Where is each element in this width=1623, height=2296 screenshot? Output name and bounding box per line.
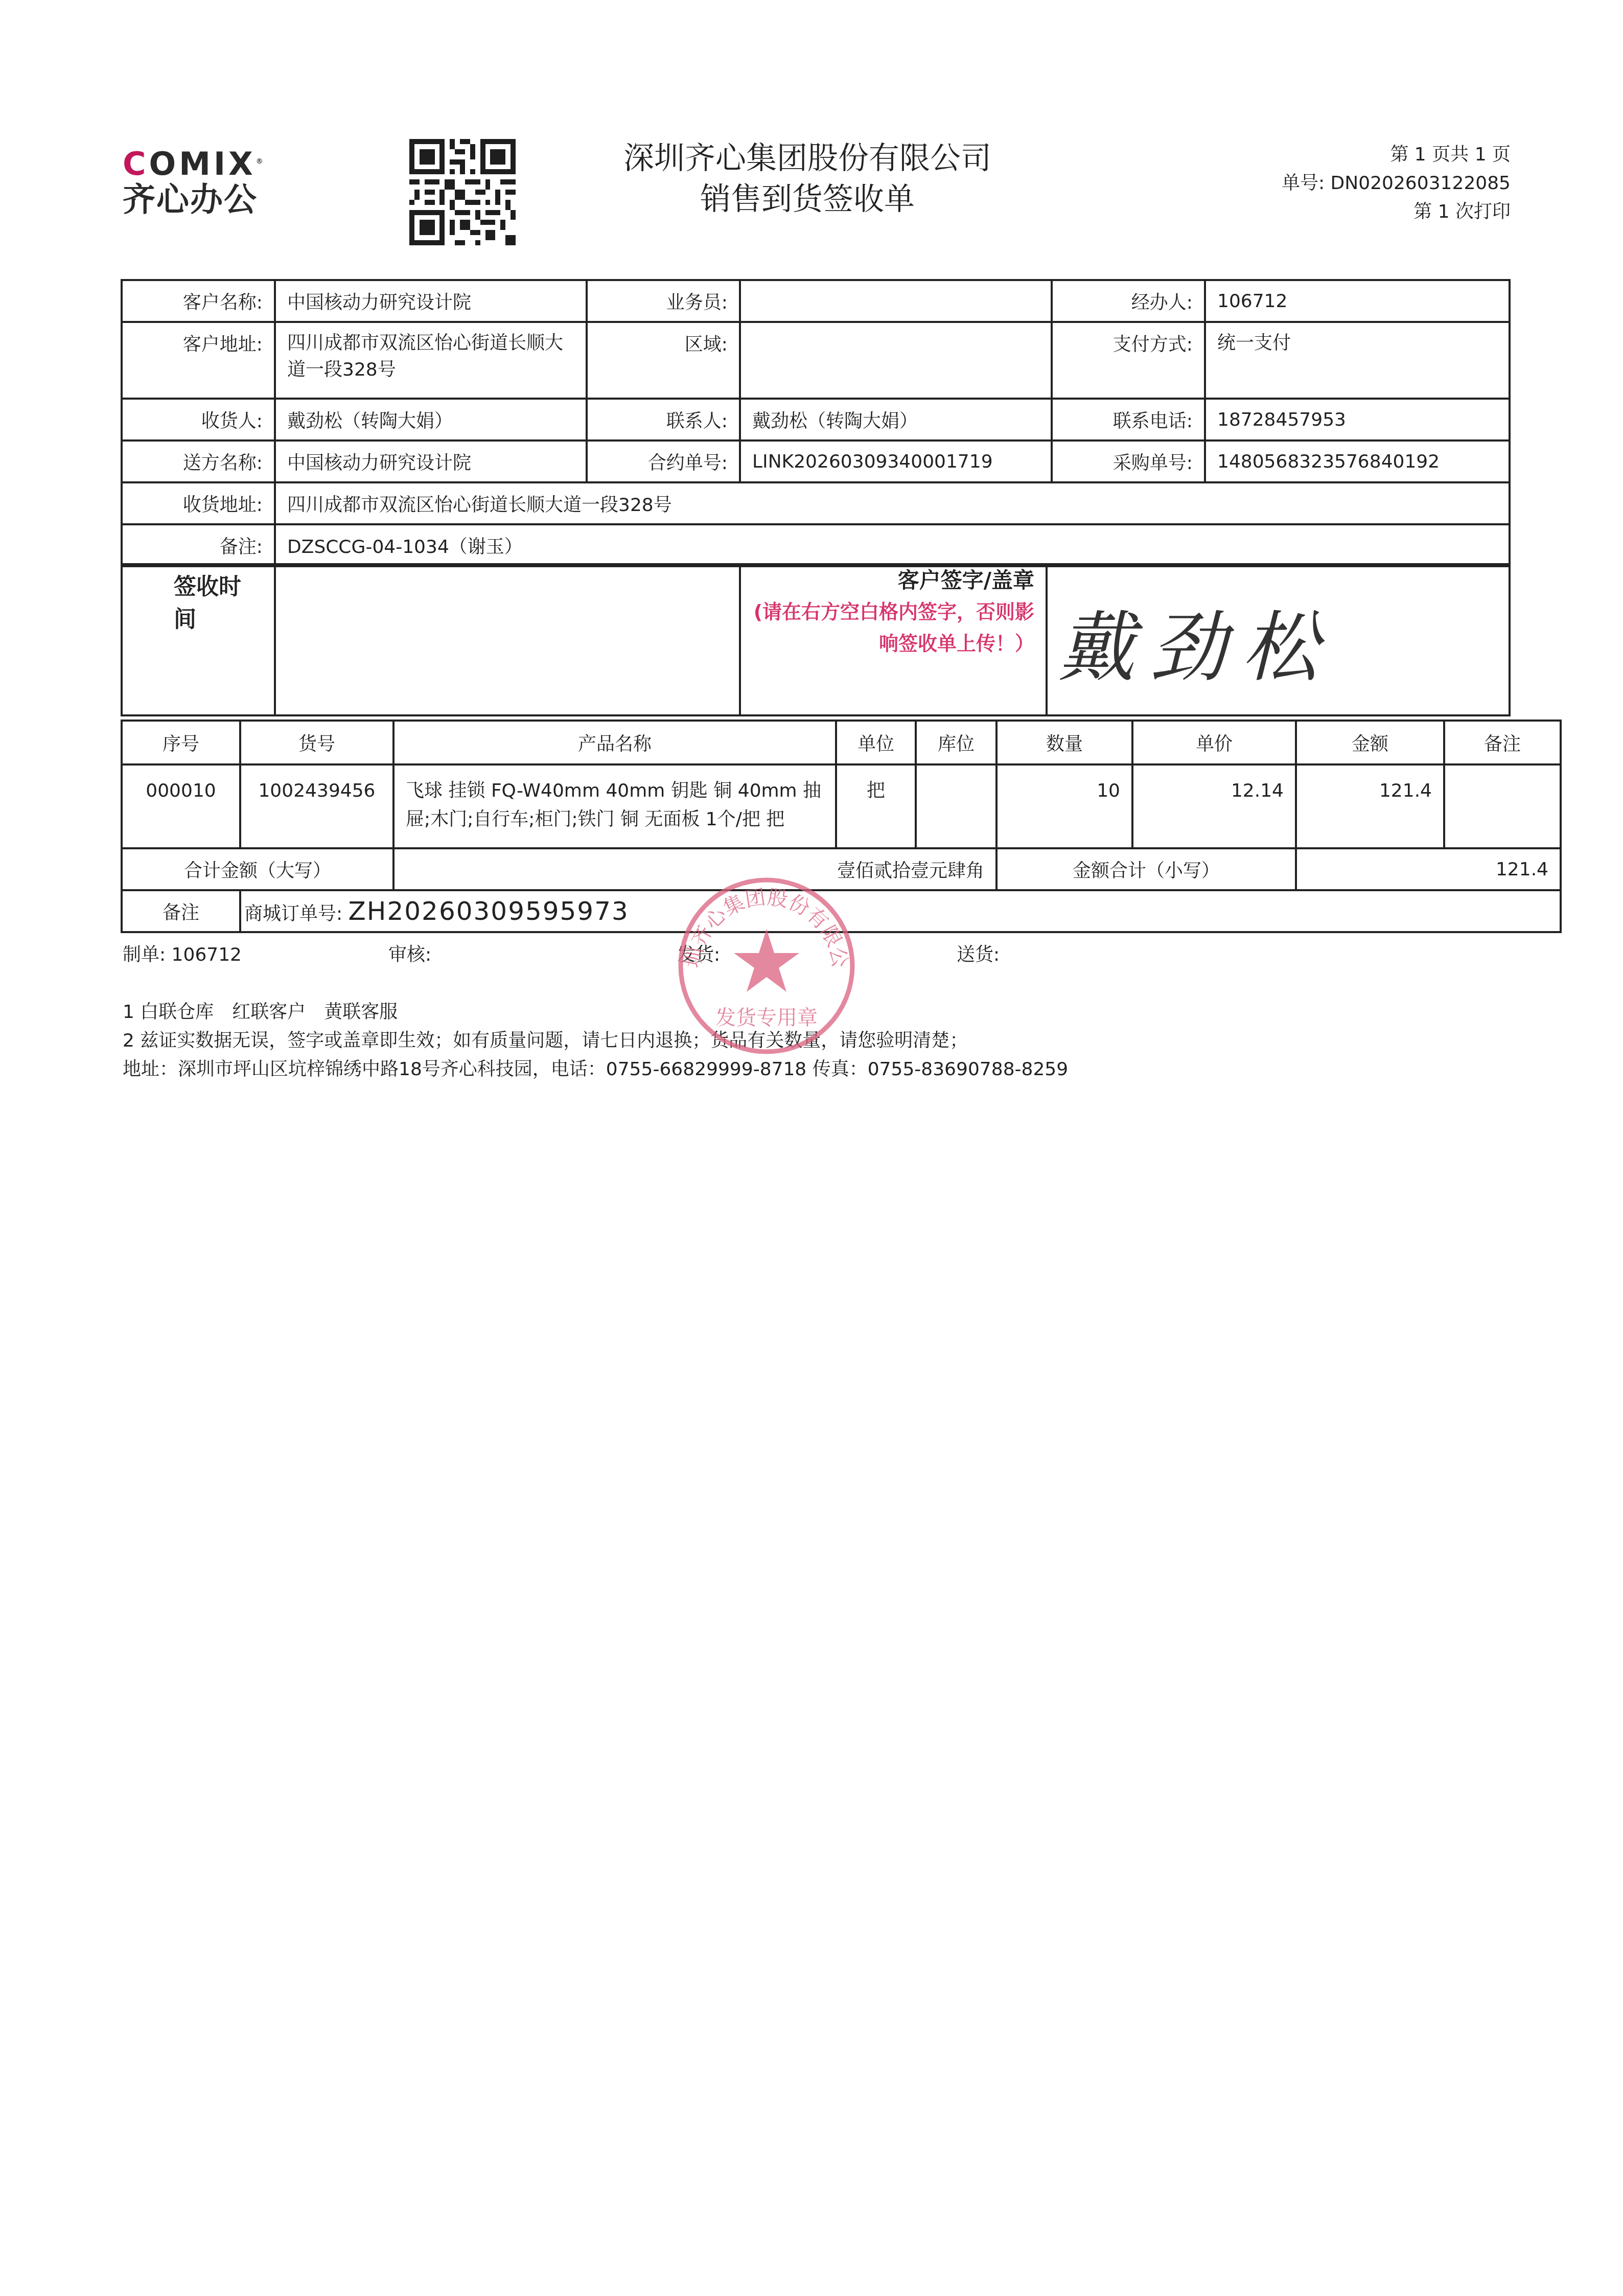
phone-label: 联系电话:: [1052, 399, 1205, 440]
order-number: 单号: DN0202603122085: [1282, 169, 1511, 198]
mall-order-label: 商城订单号:: [244, 903, 342, 924]
remark: DZSCCG-04-1034（谢玉）: [275, 524, 1510, 566]
consignee: 戴劲松（转陶大娟）: [275, 399, 587, 440]
salesperson: [740, 280, 1052, 322]
order-number-label: 单号:: [1282, 173, 1325, 194]
maker-value: 106712: [172, 944, 242, 965]
purchase-number: 1480568323576840192: [1205, 440, 1510, 482]
customer-address: 四川成都市双流区怡心街道长顺大道一段328号: [275, 322, 587, 399]
customer-name-label: 客户名称:: [122, 280, 275, 322]
col-amount: 金额: [1296, 721, 1444, 764]
maker-label: 制单:: [123, 944, 166, 965]
total-lower-label: 金额合计（小写）: [996, 848, 1296, 890]
purchase-label: 采购单号:: [1052, 440, 1205, 482]
sign-time-label: 签收时间: [122, 564, 275, 715]
logo-wordmark: OMIX: [149, 145, 256, 182]
region-label: 区域:: [587, 322, 740, 399]
col-location: 库位: [916, 721, 996, 764]
region: [740, 322, 1052, 399]
contact: 戴劲松（转陶大娟）: [740, 399, 1052, 440]
items-header-row: 序号 货号 产品名称 单位 库位 数量 单价 金额 备注: [122, 721, 1561, 764]
salesperson-label: 业务员:: [587, 280, 740, 322]
delivery-address-label: 收货地址:: [122, 482, 275, 524]
item-qty: 10: [996, 764, 1132, 848]
col-qty: 数量: [996, 721, 1132, 764]
item-note: [1444, 764, 1561, 848]
sign-notice: (请在右方空白格内签字，否则影响签收单上传！）: [752, 596, 1034, 659]
company-name: 深圳齐心集团股份有限公司: [572, 138, 1042, 179]
company-logo: COMIX® 齐心办公: [123, 146, 291, 222]
remark-label: 备注:: [122, 524, 275, 566]
qr-code-icon: [409, 139, 516, 245]
deliver-label: 送货:: [957, 940, 1000, 966]
copies-line: 1 白联仓库 红联客户 黄联客服: [123, 998, 398, 1024]
document-title: 深圳齐心集团股份有限公司 销售到货签收单: [572, 138, 1042, 220]
item-sku: 1002439456: [240, 764, 393, 848]
total-upper-label: 合计金额（大写）: [122, 848, 393, 890]
address-line: 地址：深圳市坪山区坑梓锦绣中路18号齐心科技园，电话：0755-66829999…: [123, 1055, 1068, 1081]
customer-info-table: 客户名称: 中国核动力研究设计院 业务员: 经办人: 106712 客户地址: …: [121, 279, 1511, 567]
col-price: 单价: [1132, 721, 1296, 764]
sign-time-field[interactable]: [275, 564, 740, 715]
phone: 18728457953: [1205, 399, 1510, 440]
contract-number: LINK20260309340001719: [740, 440, 1052, 482]
order-number-value: DN0202603122085: [1331, 173, 1511, 194]
customer-sign-header: 客户签字/盖章 (请在右方空白格内签字，否则影响签收单上传！）: [740, 564, 1047, 715]
sender: 中国核动力研究设计院: [275, 440, 587, 482]
customer-sign-label: 客户签字/盖章: [752, 565, 1034, 596]
svg-text:发货专用章: 发货专用章: [715, 1006, 818, 1030]
item-name: 飞球 挂锁 FQ-W40mm 40mm 钥匙 铜 40mm 抽屉;木门;自行车;…: [393, 764, 836, 848]
registered-mark: ®: [256, 157, 266, 166]
logo-letter-c: C: [123, 145, 149, 182]
consignee-label: 收货人:: [122, 399, 275, 440]
item-amount: 121.4: [1296, 764, 1444, 848]
review-label: 审核:: [388, 940, 431, 966]
signature-table: 签收时间 客户签字/盖章 (请在右方空白格内签字，否则影响签收单上传！） 戴劲松: [121, 563, 1511, 716]
mall-order-number: ZH20260309595973: [349, 896, 629, 926]
col-unit: 单位: [836, 721, 916, 764]
customer-name: 中国核动力研究设计院: [275, 280, 587, 322]
page-info: 第 1 页共 1 页: [1282, 141, 1511, 169]
item-location: [916, 764, 996, 848]
signature-field[interactable]: 戴劲松: [1047, 564, 1510, 715]
sender-label: 送方名称:: [122, 440, 275, 482]
handler-label: 经办人:: [1052, 280, 1205, 322]
col-sku: 货号: [240, 721, 393, 764]
total-lower: 121.4: [1296, 848, 1561, 890]
print-count: 第 1 次打印: [1282, 198, 1511, 226]
document-meta: 第 1 页共 1 页 单号: DN0202603122085 第 1 次打印: [1282, 141, 1511, 226]
table-row: 000010 1002439456 飞球 挂锁 FQ-W40mm 40mm 钥匙…: [122, 764, 1561, 848]
customer-address-label: 客户地址:: [122, 322, 275, 399]
col-seq: 序号: [122, 721, 240, 764]
contract-label: 合约单号:: [587, 440, 740, 482]
item-unit: 把: [836, 764, 916, 848]
logo-cn-name: 齐心办公: [123, 180, 291, 220]
company-seal-stamp: 深圳齐心集团股份有限公司 发货专用章: [669, 869, 864, 1063]
item-seq: 000010: [122, 764, 240, 848]
handler: 106712: [1205, 280, 1510, 322]
col-note: 备注: [1444, 721, 1561, 764]
payment-method: 统一支付: [1205, 322, 1510, 399]
mall-order: 商城订单号: ZH20260309595973: [240, 890, 1561, 932]
contact-label: 联系人:: [587, 399, 740, 440]
delivery-address: 四川成都市双流区怡心街道长顺大道一段328号: [275, 482, 1510, 524]
col-product-name: 产品名称: [393, 721, 836, 764]
maker: 制单: 106712: [123, 940, 242, 966]
doc-title: 销售到货签收单: [572, 179, 1042, 220]
item-price: 12.14: [1132, 764, 1296, 848]
payment-label: 支付方式:: [1052, 322, 1205, 399]
note-label: 备注: [122, 890, 240, 932]
